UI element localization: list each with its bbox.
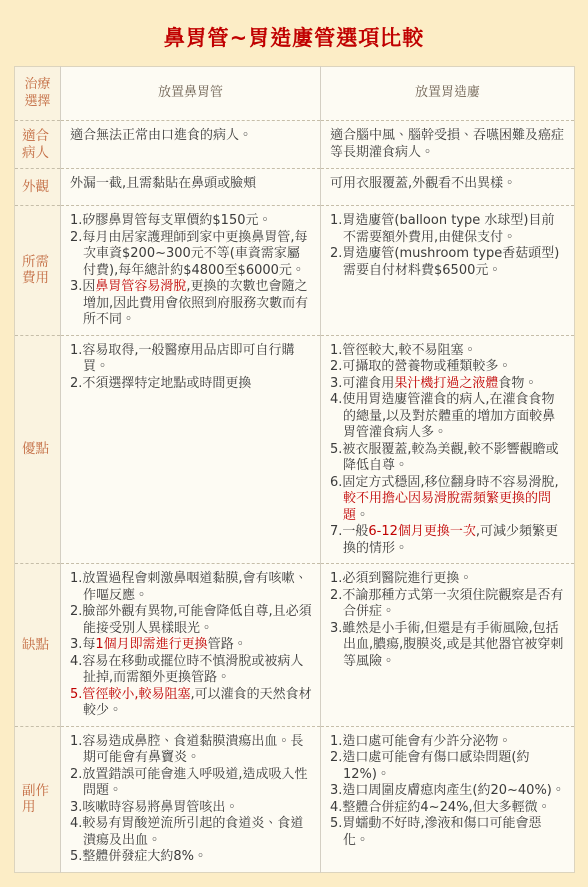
body-text: 3.每 — [70, 637, 95, 652]
list-item: 2.不須選擇特定地點或時間更換 — [70, 376, 312, 393]
list-item: 可用衣服覆蓋,外觀看不出異樣。 — [330, 176, 566, 193]
emphasis-text: 較不用擔心因易滑脫需頻繁更換的問題 — [343, 491, 551, 523]
list-item: 3.造口周圍皮膚瘜肉產生(約20~40%)。 — [330, 783, 566, 800]
list-item: 4.整體合併症約4~24%,但大多輕微。 — [330, 800, 566, 817]
page-title: 鼻胃管~胃造廔管選項比較 — [14, 22, 574, 52]
list-item: 1.容易造成鼻腔、食道黏膜潰瘍出血。長期可能會有鼻竇炎。 — [70, 734, 312, 767]
body-text: 1.放置過程會刺激鼻咽道黏膜,會有咳嗽、作嘔反應。 — [70, 571, 308, 603]
body-text: 1.胃造廔管(balloon type 水球型)目前不需要額外費用,由健保支付。 — [330, 213, 554, 245]
table-header: 治療 選擇 放置鼻胃管 放置胃造廔 — [15, 67, 575, 121]
table-row-disadvantages: 缺點1.放置過程會刺激鼻咽道黏膜,會有咳嗽、作嘔反應。2.臉部外觀有異物,可能會… — [15, 564, 575, 727]
row-header-appearance: 外觀 — [15, 169, 61, 206]
list-item: 7.一般6-12個月更換一次,可減少頻繁更換的情形。 — [330, 524, 566, 557]
body-text: 5.被衣服覆蓋,較為美觀,較不影響觀瞻或降低自尊。 — [330, 442, 559, 474]
corner-header-treatment-choice: 治療 選擇 — [15, 67, 61, 121]
body-text: 2.可攝取的營養物或種類較多。 — [330, 359, 511, 374]
header-row: 治療 選擇 放置鼻胃管 放置胃造廔 — [15, 67, 575, 121]
body-text: 適合腦中風、腦幹受損、吞嚥困難及癌症等長期灌食病人。 — [330, 128, 564, 160]
emphasis-text: 6-12個月更換一次 — [368, 524, 476, 539]
body-text: 4.使用胃造廔管灌食的病人,在灌食食物的總量,以及對於體重的增加方面較鼻胃管灌食… — [330, 392, 555, 440]
emphasis-text: 果汁機打過之液體 — [394, 376, 498, 391]
cell-suitable-patients-ng: 適合無法正常由口進食的病人。 — [61, 121, 321, 169]
row-header-advantages: 優點 — [15, 335, 61, 564]
body-text: 1.矽膠鼻胃管每支單價約$150元。 — [70, 213, 272, 228]
list-item: 適合無法正常由口進食的病人。 — [70, 128, 312, 145]
list-item: 適合腦中風、腦幹受損、吞嚥困難及癌症等長期灌食病人。 — [330, 128, 566, 161]
body-text: 3.雖然是小手術,但還是有手術風險,包括出血,膿瘍,腹膜炎,或是其他器官被穿刺等… — [330, 621, 563, 669]
body-text: 外漏一截,且需黏貼在鼻頭或臉頰 — [70, 176, 256, 191]
col-header-nasogastric-tube: 放置鼻胃管 — [61, 67, 321, 121]
list-item: 2.不論那種方式第一次須住院觀察是否有合併症。 — [330, 588, 566, 621]
row-header-side-effects: 副作用 — [15, 726, 61, 872]
list-item: 5.胃蠕動不好時,滲液和傷口可能會惡化。 — [330, 816, 566, 849]
list-item: 3.因鼻胃管容易滑脫,更換的次數也會隨之增加,因此費用會依照到府服務次數而有所不… — [70, 279, 312, 329]
cell-appearance-ng: 外漏一截,且需黏貼在鼻頭或臉頰 — [61, 169, 321, 206]
comparison-table: 治療 選擇 放置鼻胃管 放置胃造廔 適合 病人適合無法正常由口進食的病人。適合腦… — [14, 66, 575, 873]
list-item: 4.較易有胃酸逆流所引起的食道炎、食道潰瘍及出血。 — [70, 816, 312, 849]
body-text: 1.管徑較大,較不易阻塞。 — [330, 343, 477, 358]
list-item: 4.使用胃造廔管灌食的病人,在灌食食物的總量,以及對於體重的增加方面較鼻胃管灌食… — [330, 392, 566, 442]
body-text: 2.造口處可能會有傷口感染問題(約12%)。 — [330, 750, 529, 782]
body-text: 7.一般 — [330, 524, 368, 539]
body-text: 3.咳嗽時容易將鼻胃管咳出。 — [70, 800, 238, 815]
body-text: 4.容易在移動或擺位時不慎滑脫或被病人扯掉,而需額外更換管路。 — [70, 654, 303, 686]
emphasis-text: 5.管徑較小,較易阻塞 — [70, 687, 191, 702]
list-item: 5.被衣服覆蓋,較為美觀,較不影響觀瞻或降低自尊。 — [330, 442, 566, 475]
table-row-cost: 所需 費用1.矽膠鼻胃管每支單價約$150元。2.每月由居家護理師到家中更換鼻胃… — [15, 206, 575, 336]
table-row-appearance: 外觀外漏一截,且需黏貼在鼻頭或臉頰可用衣服覆蓋,外觀看不出異樣。 — [15, 169, 575, 206]
cell-side-effects-ng: 1.容易造成鼻腔、食道黏膜潰瘍出血。長期可能會有鼻竇炎。2.放置錯誤可能會進入呼… — [61, 726, 321, 872]
list-item: 1.造口處可能會有少許分泌物。 — [330, 734, 566, 751]
list-item: 2.放置錯誤可能會進入呼吸道,造成吸入性問題。 — [70, 767, 312, 800]
page: 鼻胃管~胃造廔管選項比較 治療 選擇 放置鼻胃管 放置胃造廔 適合 病人適合無法… — [0, 0, 588, 887]
cell-disadvantages-ng: 1.放置過程會刺激鼻咽道黏膜,會有咳嗽、作嘔反應。2.臉部外觀有異物,可能會降低… — [61, 564, 321, 727]
body-text: 4.整體合併症約4~24%,但大多輕微。 — [330, 800, 551, 815]
table-row-suitable-patients: 適合 病人適合無法正常由口進食的病人。適合腦中風、腦幹受損、吞嚥困難及癌症等長期… — [15, 121, 575, 169]
list-item: 2.每月由居家護理師到家中更換鼻胃管,每次車資$200~300元不等(車資需家屬… — [70, 230, 312, 280]
body-text: 1.容易造成鼻腔、食道黏膜潰瘍出血。長期可能會有鼻竇炎。 — [70, 734, 303, 766]
list-item: 5.整體併發症大約8%。 — [70, 849, 312, 866]
emphasis-text: 1個月即需進行更換 — [95, 637, 207, 652]
cell-cost-g: 1.胃造廔管(balloon type 水球型)目前不需要額外費用,由健保支付。… — [321, 206, 575, 336]
cell-side-effects-g: 1.造口處可能會有少許分泌物。2.造口處可能會有傷口感染問題(約12%)。3.造… — [321, 726, 575, 872]
cell-appearance-g: 可用衣服覆蓋,外觀看不出異樣。 — [321, 169, 575, 206]
body-text: 5.整體併發症大約8%。 — [70, 849, 207, 864]
table-row-side-effects: 副作用1.容易造成鼻腔、食道黏膜潰瘍出血。長期可能會有鼻竇炎。2.放置錯誤可能會… — [15, 726, 575, 872]
body-text: 4.較易有胃酸逆流所引起的食道炎、食道潰瘍及出血。 — [70, 816, 303, 848]
emphasis-text: 鼻胃管容易滑脫 — [95, 279, 186, 294]
body-text: 1.容易取得,一般醫療用品店即可自行購買。 — [70, 343, 295, 375]
list-item: 1.矽膠鼻胃管每支單價約$150元。 — [70, 213, 312, 230]
body-text: 6.固定方式穩固,移位翻身時不容易滑脫, — [330, 475, 559, 490]
list-item: 2.可攝取的營養物或種類較多。 — [330, 359, 566, 376]
body-text: 適合無法正常由口進食的病人。 — [70, 128, 252, 143]
list-item: 1.胃造廔管(balloon type 水球型)目前不需要額外費用,由健保支付。 — [330, 213, 566, 246]
body-text: 2.不須選擇特定地點或時間更換 — [70, 376, 251, 391]
body-text: 2.臉部外觀有異物,可能會降低自尊,且必須能接受別人異樣眼光。 — [70, 604, 312, 636]
body-text: 2.胃造廔管(mushroom type香菇頭型)需要自付材料費$6500元。 — [330, 246, 559, 278]
body-text: 1.必須到醫院進行更換。 — [330, 571, 472, 586]
list-item: 1.管徑較大,較不易阻塞。 — [330, 343, 566, 360]
row-header-suitable-patients: 適合 病人 — [15, 121, 61, 169]
list-item: 2.胃造廔管(mushroom type香菇頭型)需要自付材料費$6500元。 — [330, 246, 566, 279]
row-header-cost: 所需 費用 — [15, 206, 61, 336]
list-item: 2.造口處可能會有傷口感染問題(約12%)。 — [330, 750, 566, 783]
list-item: 1.容易取得,一般醫療用品店即可自行購買。 — [70, 343, 312, 376]
list-item: 4.容易在移動或擺位時不慎滑脫或被病人扯掉,而需額外更換管路。 — [70, 654, 312, 687]
list-item: 3.每1個月即需進行更換管路。 — [70, 637, 312, 654]
body-text: 2.不論那種方式第一次須住院觀察是否有合併症。 — [330, 588, 563, 620]
list-item: 6.固定方式穩固,移位翻身時不容易滑脫,較不用擔心因易滑脫需頻繁更換的問題。 — [330, 475, 566, 525]
list-item: 5.管徑較小,較易阻塞,可以灌食的天然食材較少。 — [70, 687, 312, 720]
cell-advantages-g: 1.管徑較大,較不易阻塞。2.可攝取的營養物或種類較多。3.可灌食用果汁機打過之… — [321, 335, 575, 564]
col-header-gastrostomy-tube: 放置胃造廔 — [321, 67, 575, 121]
table-row-advantages: 優點1.容易取得,一般醫療用品店即可自行購買。2.不須選擇特定地點或時間更換1.… — [15, 335, 575, 564]
body-text: 1.造口處可能會有少許分泌物。 — [330, 734, 511, 749]
list-item: 外漏一截,且需黏貼在鼻頭或臉頰 — [70, 176, 312, 193]
body-text: 。 — [356, 508, 369, 523]
list-item: 1.放置過程會刺激鼻咽道黏膜,會有咳嗽、作嘔反應。 — [70, 571, 312, 604]
body-text: 3.可灌食用 — [330, 376, 394, 391]
cell-advantages-ng: 1.容易取得,一般醫療用品店即可自行購買。2.不須選擇特定地點或時間更換 — [61, 335, 321, 564]
list-item: 3.雖然是小手術,但還是有手術風險,包括出血,膿瘍,腹膜炎,或是其他器官被穿刺等… — [330, 621, 566, 671]
table-body: 適合 病人適合無法正常由口進食的病人。適合腦中風、腦幹受損、吞嚥困難及癌症等長期… — [15, 121, 575, 873]
body-text: 2.每月由居家護理師到家中更換鼻胃管,每次車資$200~300元不等(車資需家屬… — [70, 230, 308, 278]
body-text: 5.胃蠕動不好時,滲液和傷口可能會惡化。 — [330, 816, 542, 848]
body-text: 食物。 — [498, 376, 537, 391]
cell-suitable-patients-g: 適合腦中風、腦幹受損、吞嚥困難及癌症等長期灌食病人。 — [321, 121, 575, 169]
cell-cost-ng: 1.矽膠鼻胃管每支單價約$150元。2.每月由居家護理師到家中更換鼻胃管,每次車… — [61, 206, 321, 336]
body-text: 管路。 — [208, 637, 247, 652]
cell-disadvantages-g: 1.必須到醫院進行更換。2.不論那種方式第一次須住院觀察是否有合併症。3.雖然是… — [321, 564, 575, 727]
list-item: 2.臉部外觀有異物,可能會降低自尊,且必須能接受別人異樣眼光。 — [70, 604, 312, 637]
body-text: 可用衣服覆蓋,外觀看不出異樣。 — [330, 176, 516, 191]
list-item: 1.必須到醫院進行更換。 — [330, 571, 566, 588]
body-text: 3.造口周圍皮膚瘜肉產生(約20~40%)。 — [330, 783, 565, 798]
list-item: 3.咳嗽時容易將鼻胃管咳出。 — [70, 800, 312, 817]
body-text: 3.因 — [70, 279, 95, 294]
list-item: 3.可灌食用果汁機打過之液體食物。 — [330, 376, 566, 393]
row-header-disadvantages: 缺點 — [15, 564, 61, 727]
body-text: 2.放置錯誤可能會進入呼吸道,造成吸入性問題。 — [70, 767, 308, 799]
